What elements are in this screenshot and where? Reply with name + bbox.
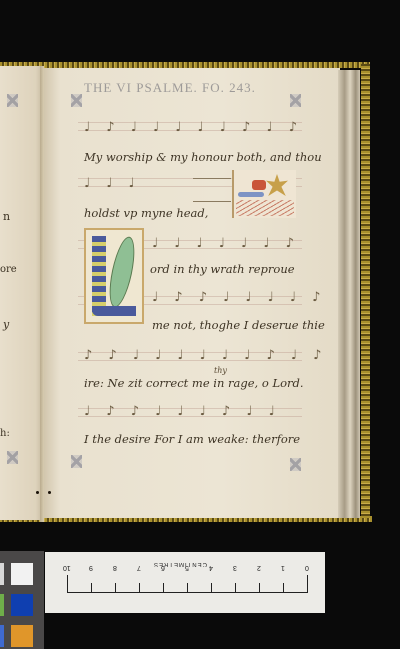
ruler-tick — [91, 583, 92, 593]
neume-row: ♩ ♩ ♩ — [84, 176, 141, 191]
ruler-tick — [283, 583, 284, 593]
gold-star-icon — [266, 174, 288, 196]
illuminated-initial — [84, 228, 144, 324]
neume-row: ♩ ♪ ♩ ♩ ♩ ♩ ♩ ♪ ♩ ♪ — [84, 120, 303, 135]
page-edges — [338, 70, 360, 518]
ruler-number: 1 — [281, 564, 285, 571]
text-line: I the desire For I am weake: therfore — [84, 432, 300, 446]
left-page-fragment: y — [3, 318, 9, 331]
ruler-number: 7 — [137, 564, 141, 571]
swatch-gray-partial — [0, 563, 4, 585]
water-waves — [236, 200, 294, 216]
neume-row: ♪ ♪ ♩ ♩ ♩ ♩ ♩ ♩ ♪ ♩ ♪ — [84, 348, 327, 363]
ruler-tick — [307, 575, 308, 593]
text-line: ord in thy wrath reproue — [150, 262, 295, 276]
fore-edge-gilt — [361, 64, 370, 518]
sewing-knot — [36, 491, 39, 494]
corner-ornament-icon — [290, 94, 301, 107]
ruler-tick — [115, 583, 116, 593]
marginal-drawing — [193, 178, 231, 202]
ruler-number: 2 — [257, 564, 261, 571]
text-line: My worship & my honour both, and thou — [84, 150, 322, 164]
ruler-tick — [139, 583, 140, 593]
running-title: THE VI PSALME. FO. 243. — [84, 80, 256, 96]
ruler-number: 4 — [209, 564, 213, 571]
left-page-fragment: ore — [0, 264, 17, 275]
text-line: me not, thoghe I deserue thie — [152, 318, 325, 332]
ruler-tick — [163, 583, 164, 593]
swatch-blue — [11, 594, 33, 616]
corner-ornament-icon — [71, 455, 82, 468]
ruler-number: 5 — [185, 564, 189, 571]
neume-row: ♩ ♩ ♩ ♩ ♩ ♩ ♪ — [152, 236, 300, 251]
interlinear-gloss: thy — [214, 366, 227, 375]
ruler-tick — [259, 583, 260, 593]
ruler-number: 0 — [305, 564, 309, 571]
gutter — [40, 66, 44, 522]
corner-ornament-icon — [7, 451, 18, 464]
ruler-number: 6 — [161, 564, 165, 571]
corner-ornament-icon — [71, 94, 82, 107]
ruler-tick — [187, 583, 188, 593]
swatch-white — [11, 563, 33, 585]
initial-foot — [92, 306, 136, 316]
swatch-light-blue-partial — [0, 625, 4, 647]
red-figure — [252, 180, 266, 190]
left-page-fragment: n — [3, 210, 10, 223]
leaf-ornament-icon — [105, 235, 140, 310]
ruler-tick — [235, 583, 236, 593]
swatch-orange — [11, 625, 33, 647]
text-line: holdst vp myne head, — [84, 206, 208, 220]
text-line: ire: Ne zit correct me in rage, o Lord. — [84, 376, 304, 390]
neume-row: ♩ ♪ ♪ ♩ ♩ ♩ ♪ ♩ ♩ — [84, 404, 281, 419]
sewing-knot — [48, 491, 51, 494]
corner-ornament-icon — [290, 458, 301, 471]
corner-ornament-icon — [7, 94, 18, 107]
color-checker — [0, 551, 44, 649]
ruler-number: 3 — [233, 564, 237, 571]
blue-band — [238, 192, 264, 197]
swatch-green-partial — [0, 594, 4, 616]
ruler-number: 10 — [63, 564, 71, 571]
initial-stem — [92, 236, 106, 316]
ruler-tick — [211, 583, 212, 593]
miniature-illustration — [232, 170, 296, 218]
ruler-tick — [67, 575, 68, 593]
ruler-number: 8 — [113, 564, 117, 571]
neume-row: ♩ ♪ ♪ ♩ ♩ ♩ ♩ ♪ — [152, 290, 326, 305]
scale-ruler: CENTIMETRES 0 1 2 3 4 5 6 7 8 9 10 — [45, 552, 325, 613]
ruler-number: 9 — [89, 564, 93, 571]
left-page-fragment: h: — [0, 428, 10, 439]
